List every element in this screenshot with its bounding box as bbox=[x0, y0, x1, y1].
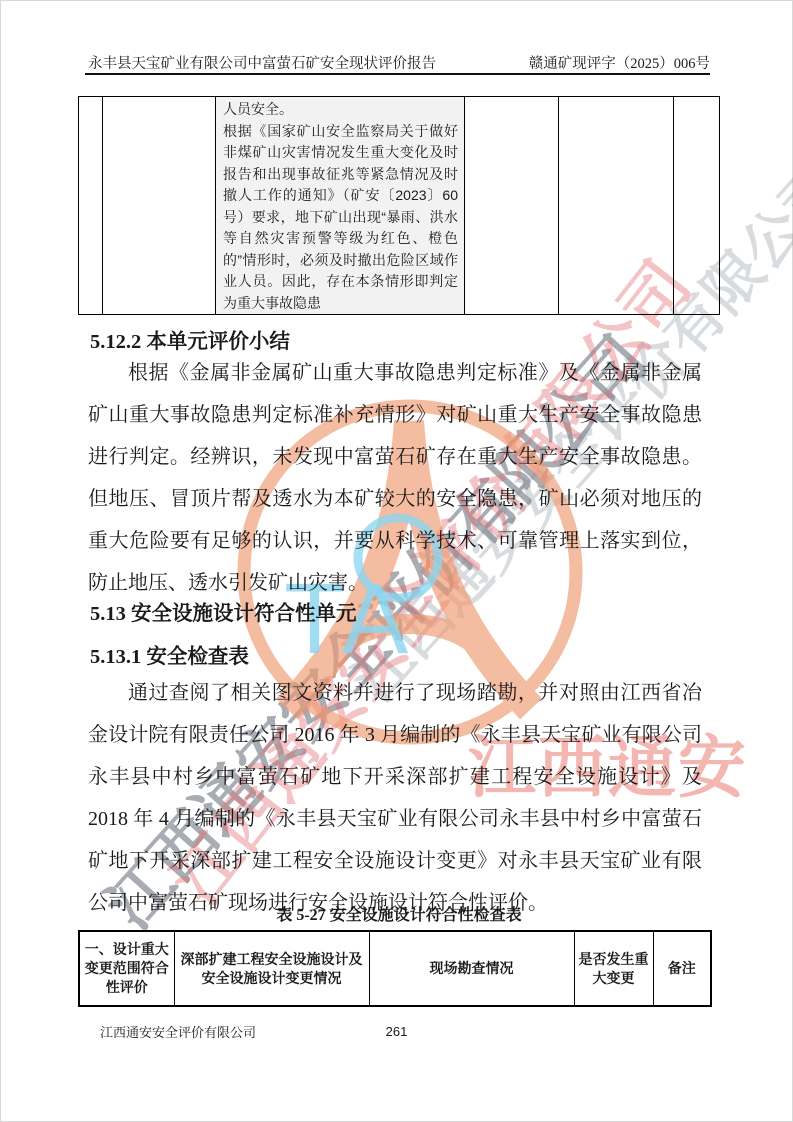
hazard-judgement-table-continued: 人员安全。 根据《国家矿山安全监察局关于做好非煤矿山灾害情况发生重大变化及时报告… bbox=[78, 96, 720, 315]
footer-page-number: 261 bbox=[0, 1024, 793, 1039]
page-content: 永丰县天宝矿业有限公司中富萤石矿安全现状评价报告 赣通矿现评字（2025）006… bbox=[0, 0, 793, 1122]
table-cell-basis-text: 人员安全。 根据《国家矿山安全监察局关于做好非煤矿山灾害情况发生重大变化及时报告… bbox=[216, 97, 465, 315]
document-page: 江西通安安全评价有限公司 江西通安安全评价有限公司 江西通安安全评价有限公司 T… bbox=[0, 0, 793, 1122]
section-title-5-12-2: 5.12.2 本单元评价小结 bbox=[90, 324, 290, 354]
column-header-design-change-scope: 一、设计重大变更范围符合性评价 bbox=[79, 931, 174, 1006]
table-caption: 表 5-27 安全设施设计符合性检查表 bbox=[88, 902, 710, 925]
header-document-number: 赣通矿现评字（2025）006号 bbox=[529, 52, 710, 73]
design-conformity-check-table: 一、设计重大变更范围符合性评价 深部扩建工程安全设施设计及安全设施设计变更情况 … bbox=[78, 930, 712, 1007]
table-cell-empty bbox=[559, 97, 674, 315]
header-rule bbox=[85, 73, 710, 75]
table-cell-empty bbox=[674, 97, 720, 315]
table-cell-empty bbox=[465, 97, 559, 315]
column-header-remarks: 备注 bbox=[653, 931, 711, 1006]
column-header-major-change: 是否发生重大变更 bbox=[574, 931, 653, 1006]
column-header-site-survey: 现场勘查情况 bbox=[369, 931, 574, 1006]
column-header-design-and-change-status: 深部扩建工程安全设施设计及安全设施设计变更情况 bbox=[174, 931, 369, 1006]
section-title-5-13-1: 5.13.1 安全检查表 bbox=[90, 639, 249, 669]
section-title-5-13: 5.13 安全设施设计符合性单元 bbox=[90, 596, 357, 626]
paragraph-safety-checklist: 通过查阅了相关图文资料并进行了现场踏勘，并对照由江西省冶金设计院有限责任公司 2… bbox=[88, 672, 702, 924]
table-cell-empty bbox=[103, 97, 216, 315]
table-cell-empty bbox=[79, 97, 103, 315]
paragraph-unit-summary: 根据《金属非金属矿山重大事故隐患判定标准》及《金属非金属矿山重大事故隐患判定标准… bbox=[88, 352, 702, 604]
header-report-title: 永丰县天宝矿业有限公司中富萤石矿安全现状评价报告 bbox=[88, 52, 436, 73]
